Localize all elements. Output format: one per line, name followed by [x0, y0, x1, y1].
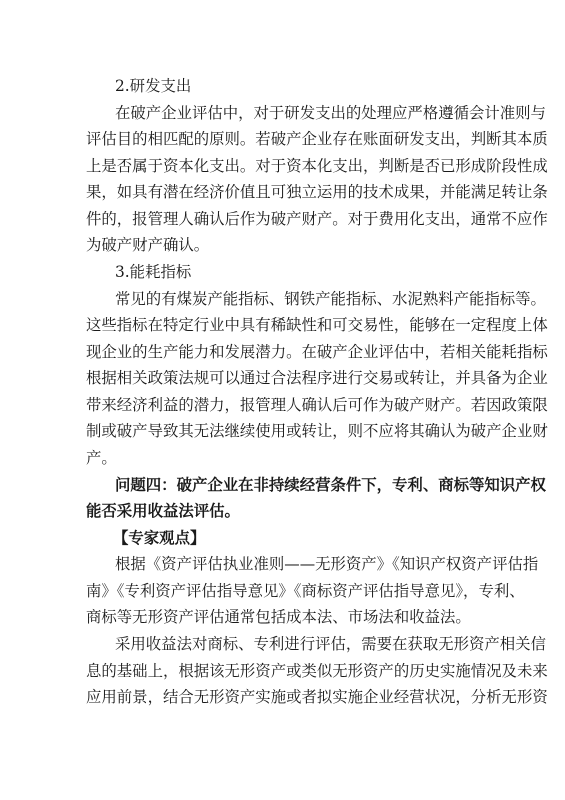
paragraph-line: 件的，报管理人确认后作为破产财产。对于费用化支出，通常不应作	[86, 208, 480, 230]
expert-view-label: 【专家观点】	[113, 527, 205, 549]
section-heading-rd-expense: 2.研发支出	[115, 75, 191, 97]
paragraph-line: 根据相关政策法规可以通过合法程序进行交易或转让，并具备为企业	[86, 367, 480, 389]
paragraph-line: 果，如具有潜在经济价值且可独立运用的技术成果，并能满足转让条	[86, 181, 480, 203]
paragraph-line: 应用前景，结合无形资产实施或者拟实施企业经营状况，分析无形资	[86, 686, 480, 708]
paragraph-line: 南》《专利资产评估指导意见》《商标资产评估指导意见》，专利、	[86, 580, 480, 602]
paragraph-line: 根据《资产评估执业准则——无形资产》《知识产权资产评估指	[115, 553, 480, 575]
paragraph-line: 商标等无形资产评估通常包括成本法、市场法和收益法。	[86, 606, 480, 628]
paragraph-line: 产。	[86, 447, 480, 469]
paragraph-line: 带来经济利益的潜力，报管理人确认后可作为破产财产。若因政策限	[86, 394, 480, 416]
paragraph-line: 现企业的生产能力和发展潜力。在破产企业评估中，若相关能耗指标	[86, 341, 480, 363]
question-heading: 问题四：破产企业在非持续经营条件下，专利、商标等知识产权	[115, 474, 480, 496]
paragraph-line: 评估目的相匹配的原则。若破产企业存在账面研发支出，判断其本质	[86, 128, 480, 150]
paragraph-line: 为破产财产确认。	[86, 234, 480, 256]
question-heading: 能否采用收益法评估。	[86, 500, 480, 522]
paragraph-line: 这些指标在特定行业中具有稀缺性和可交易性，能够在一定程度上体	[86, 314, 480, 336]
section-heading-energy-quota: 3.能耗指标	[115, 261, 191, 283]
document-page: 2.研发支出 在破产企业评估中，对于研发支出的处理应严格遵循会计准则与 评估目的…	[0, 0, 565, 800]
paragraph-line: 息的基础上，根据该无形资产或类似无形资产的历史实施情况及未来	[86, 660, 480, 682]
paragraph-line: 采用收益法对商标、专利进行评估，需要在获取无形资产相关信	[115, 633, 480, 655]
paragraph-line: 上是否属于资本化支出。对于资本化支出，判断是否已形成阶段性成	[86, 155, 480, 177]
paragraph-line: 在破产企业评估中，对于研发支出的处理应严格遵循会计准则与	[115, 102, 480, 124]
paragraph-line: 制或破产导致其无法继续使用或转让，则不应将其确认为破产企业财	[86, 420, 480, 442]
paragraph-line: 常见的有煤炭产能指标、钢铁产能指标、水泥熟料产能指标等。	[115, 288, 480, 310]
